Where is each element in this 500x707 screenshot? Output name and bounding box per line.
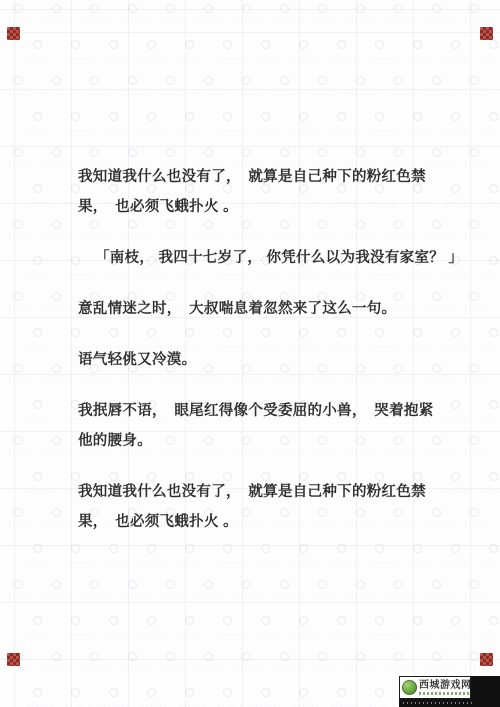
watermark-stamp-icon	[128, 4, 137, 13]
watermark-dash: ------	[217, 57, 244, 62]
watermark-dash: ------	[236, 93, 263, 98]
watermark-stamp-icon	[451, 400, 460, 409]
watermark-stamp-icon	[52, 148, 61, 157]
watermark-stamp-icon	[14, 76, 23, 85]
watermark-stamp-icon	[223, 112, 232, 121]
watermark-dash: ------	[331, 633, 358, 638]
watermark-dash: ------	[407, 561, 434, 566]
watermark-stamp-icon	[185, 112, 194, 121]
site-logo-microtext	[419, 692, 469, 695]
watermark-dash: ------	[8, 669, 35, 674]
watermark-stamp-icon	[318, 4, 327, 13]
watermark-stamp-icon	[90, 652, 99, 661]
watermark-stamp-icon	[52, 436, 61, 445]
watermark-dash: ------	[141, 129, 168, 134]
watermark-stamp-icon	[33, 184, 42, 193]
watermark-dash: ------	[8, 525, 35, 530]
watermark-stamp-icon	[166, 580, 175, 589]
watermark-stamp-icon	[52, 76, 61, 85]
watermark-dash: ------	[46, 525, 73, 530]
watermark-stamp-icon	[166, 148, 175, 157]
watermark-stamp-icon	[261, 112, 270, 121]
watermark-stamp-icon	[33, 616, 42, 625]
watermark-dash: ------	[27, 561, 54, 566]
watermark-dash: ------	[255, 57, 282, 62]
watermark-dash: ------	[407, 129, 434, 134]
watermark-dash: ------	[236, 21, 263, 26]
watermark-dash: ------	[198, 597, 225, 602]
watermark-dash: ------	[27, 345, 54, 350]
watermark-stamp-icon	[280, 580, 289, 589]
site-logo-text: 西城游戏网	[419, 680, 468, 695]
paragraph: 「南枝， 我四十七岁了， 你凭什么以为我没有家室？ 」	[78, 243, 438, 273]
watermark-stamp-icon	[71, 616, 80, 625]
watermark-dash: ------	[445, 417, 472, 422]
watermark-stamp-icon	[52, 220, 61, 229]
watermark-stamp-icon	[413, 112, 422, 121]
watermark-dash: ------	[122, 597, 149, 602]
watermark-dash: ------	[141, 633, 168, 638]
paragraph: 语气轻佻又冷漠。	[78, 345, 438, 375]
watermark-dash: ------	[350, 669, 377, 674]
watermark-stamp-icon	[166, 4, 175, 13]
watermark-dash: ------	[426, 21, 453, 26]
watermark-stamp-icon	[280, 76, 289, 85]
site-logo-box: 西城游戏网	[399, 676, 471, 699]
watermark-stamp-icon	[128, 580, 137, 589]
watermark-dash: ------	[8, 309, 35, 314]
watermark-stamp-icon	[489, 544, 498, 553]
watermark-dash: ------	[255, 129, 282, 134]
watermark-dash: ------	[483, 201, 500, 206]
watermark-stamp-icon	[375, 616, 384, 625]
watermark-stamp-icon	[14, 580, 23, 589]
watermark-dash: ------	[331, 129, 358, 134]
watermark-dash: ------	[141, 561, 168, 566]
watermark-dash: ------	[179, 561, 206, 566]
watermark-dash: ------	[103, 57, 130, 62]
watermark-dash: ------	[255, 633, 282, 638]
watermark-dash: ------	[293, 633, 320, 638]
text-line: 我知道我什么也没有了， 就算是自己种下的粉红色禁	[78, 162, 438, 192]
watermark-stamp-icon	[394, 4, 403, 13]
text-line: 「南枝， 我四十七岁了， 你凭什么以为我没有家室？ 」	[95, 243, 438, 273]
corner-seal-mark-top-right	[480, 27, 493, 40]
watermark-stamp-icon	[14, 364, 23, 373]
watermark-dash: ------	[483, 489, 500, 494]
watermark-dash: ------	[331, 561, 358, 566]
watermark-dash: ------	[274, 21, 301, 26]
watermark-dash: ------	[445, 57, 472, 62]
watermark-dash: ------	[46, 21, 73, 26]
watermark-stamp-icon	[33, 328, 42, 337]
watermark-dash: ------	[217, 561, 244, 566]
watermark-stamp-icon	[14, 220, 23, 229]
watermark-stamp-icon	[33, 688, 42, 697]
watermark-dash: ------	[483, 345, 500, 350]
watermark-dash: ------	[46, 453, 73, 458]
watermark-dash: ------	[27, 489, 54, 494]
watermark-stamp-icon	[71, 40, 80, 49]
watermark-stamp-icon	[299, 616, 308, 625]
watermark-dash: ------	[464, 597, 491, 602]
watermark-stamp-icon	[280, 652, 289, 661]
watermark-stamp-icon	[223, 688, 232, 697]
watermark-dash: ------	[426, 669, 453, 674]
watermark-dash: ------	[445, 489, 472, 494]
bar-micromarks	[403, 702, 473, 704]
watermark-stamp-icon	[451, 544, 460, 553]
watermark-stamp-icon	[337, 688, 346, 697]
watermark-stamp-icon	[33, 40, 42, 49]
site-logo-stamp: 西城游戏网	[399, 676, 500, 707]
watermark-dash: ------	[27, 273, 54, 278]
watermark-dash: ------	[198, 93, 225, 98]
story-text: 我知道我什么也没有了， 就算是自己种下的粉红色禁果， 也必须飞蛾扑火 。「南枝，…	[78, 162, 438, 558]
watermark-stamp-icon	[337, 40, 346, 49]
watermark-dash: ------	[293, 561, 320, 566]
watermark-dash: ------	[464, 381, 491, 386]
watermark-dash: ------	[160, 21, 187, 26]
watermark-stamp-icon	[33, 256, 42, 265]
watermark-stamp-icon	[451, 112, 460, 121]
watermark-dash: ------	[388, 597, 415, 602]
watermark-stamp-icon	[451, 40, 460, 49]
watermark-stamp-icon	[356, 4, 365, 13]
watermark-dash: ------	[312, 669, 339, 674]
watermark-stamp-icon	[14, 508, 23, 517]
watermark-dash: ------	[483, 633, 500, 638]
watermark-dash: ------	[293, 57, 320, 62]
watermark-stamp-icon	[299, 112, 308, 121]
watermark-stamp-icon	[109, 688, 118, 697]
watermark-dash: ------	[312, 597, 339, 602]
watermark-stamp-icon	[109, 112, 118, 121]
watermark-dash: ------	[464, 237, 491, 242]
watermark-stamp-icon	[470, 76, 479, 85]
watermark-dash: ------	[46, 381, 73, 386]
text-line: 我知道我什么也没有了， 就算是自己种下的粉红色禁	[78, 477, 438, 507]
watermark-stamp-icon	[451, 472, 460, 481]
watermark-dash: ------	[160, 93, 187, 98]
watermark-dash: ------	[103, 561, 130, 566]
watermark-stamp-icon	[204, 76, 213, 85]
watermark-stamp-icon	[242, 4, 251, 13]
watermark-dash: ------	[103, 633, 130, 638]
watermark-stamp-icon	[242, 148, 251, 157]
watermark-stamp-icon	[432, 148, 441, 157]
watermark-dash: ------	[483, 57, 500, 62]
watermark-dash: ------	[198, 21, 225, 26]
watermark-stamp-icon	[451, 328, 460, 337]
watermark-stamp-icon	[470, 220, 479, 229]
watermark-stamp-icon	[71, 112, 80, 121]
watermark-dash: ------	[8, 21, 35, 26]
watermark-dash: ------	[464, 669, 491, 674]
watermark-dash: ------	[464, 525, 491, 530]
watermark-dash: ------	[217, 633, 244, 638]
watermark-stamp-icon	[52, 508, 61, 517]
watermark-stamp-icon	[204, 4, 213, 13]
watermark-stamp-icon	[204, 580, 213, 589]
watermark-dash: ------	[274, 669, 301, 674]
watermark-stamp-icon	[489, 400, 498, 409]
watermark-dash: ------	[407, 57, 434, 62]
site-logo-black-box	[471, 676, 500, 699]
watermark-stamp-icon	[375, 688, 384, 697]
watermark-stamp-icon	[318, 652, 327, 661]
cabbage-leaf-icon	[402, 680, 417, 695]
watermark-dash: ------	[445, 129, 472, 134]
watermark-stamp-icon	[489, 328, 498, 337]
watermark-stamp-icon	[109, 616, 118, 625]
paragraph: 我抿唇不语， 眼尾红得像个受委屈的小兽， 哭着抱紧他的腰身。	[78, 396, 438, 456]
watermark-dash: ------	[217, 129, 244, 134]
watermark-stamp-icon	[470, 4, 479, 13]
watermark-dash: ------	[27, 633, 54, 638]
watermark-stamp-icon	[166, 76, 175, 85]
watermark-dash: ------	[369, 129, 396, 134]
watermark-stamp-icon	[52, 580, 61, 589]
watermark-dash: ------	[445, 273, 472, 278]
watermark-stamp-icon	[470, 364, 479, 373]
watermark-stamp-icon	[470, 436, 479, 445]
watermark-dash: ------	[445, 201, 472, 206]
watermark-dash: ------	[46, 237, 73, 242]
watermark-stamp-icon	[223, 40, 232, 49]
watermark-stamp-icon	[489, 40, 498, 49]
watermark-stamp-icon	[33, 472, 42, 481]
paragraph: 意乱情迷之时， 大叔喘息着忽然来了这么一句。	[78, 294, 438, 324]
watermark-dash: ------	[255, 561, 282, 566]
watermark-stamp-icon	[432, 580, 441, 589]
watermark-stamp-icon	[489, 112, 498, 121]
watermark-dash: ------	[350, 93, 377, 98]
watermark-dash: ------	[369, 57, 396, 62]
watermark-stamp-icon	[413, 616, 422, 625]
watermark-stamp-icon	[299, 40, 308, 49]
watermark-stamp-icon	[261, 616, 270, 625]
watermark-stamp-icon	[90, 148, 99, 157]
watermark-dash: ------	[8, 597, 35, 602]
watermark-dash: ------	[160, 669, 187, 674]
watermark-dash: ------	[445, 345, 472, 350]
text-line: 果， 也必须飞蛾扑火 。	[78, 507, 438, 537]
watermark-dash: ------	[8, 381, 35, 386]
watermark-dash: ------	[84, 93, 111, 98]
watermark-stamp-icon	[318, 148, 327, 157]
text-line: 他的腰身。	[78, 426, 438, 456]
text-line: 我抿唇不语， 眼尾红得像个受委屈的小兽， 哭着抱紧	[78, 396, 438, 426]
watermark-dash: ------	[8, 237, 35, 242]
watermark-stamp-icon	[147, 616, 156, 625]
watermark-stamp-icon	[356, 76, 365, 85]
watermark-dash: ------	[179, 633, 206, 638]
watermark-dash: ------	[445, 633, 472, 638]
watermark-stamp-icon	[394, 652, 403, 661]
watermark-dash: ------	[236, 597, 263, 602]
watermark-dash: ------	[65, 57, 92, 62]
watermark-stamp-icon	[470, 508, 479, 517]
watermark-dash: ------	[236, 669, 263, 674]
watermark-stamp-icon	[489, 616, 498, 625]
watermark-stamp-icon	[432, 76, 441, 85]
watermark-dash: ------	[483, 561, 500, 566]
watermark-stamp-icon	[128, 148, 137, 157]
watermark-dash: ------	[350, 21, 377, 26]
watermark-stamp-icon	[242, 652, 251, 661]
watermark-stamp-icon	[71, 688, 80, 697]
watermark-dash: ------	[65, 633, 92, 638]
watermark-dash: ------	[407, 633, 434, 638]
watermark-stamp-icon	[14, 4, 23, 13]
watermark-stamp-icon	[147, 112, 156, 121]
watermark-stamp-icon	[451, 184, 460, 193]
watermark-stamp-icon	[470, 652, 479, 661]
watermark-stamp-icon	[14, 436, 23, 445]
text-line: 意乱情迷之时， 大叔喘息着忽然来了这么一句。	[78, 294, 438, 324]
watermark-stamp-icon	[204, 652, 213, 661]
watermark-dash: ------	[122, 21, 149, 26]
watermark-stamp-icon	[242, 580, 251, 589]
watermark-dash: ------	[46, 597, 73, 602]
watermark-stamp-icon	[52, 364, 61, 373]
watermark-stamp-icon	[52, 4, 61, 13]
watermark-dash: ------	[426, 93, 453, 98]
watermark-dash: ------	[27, 201, 54, 206]
watermark-dash: ------	[27, 129, 54, 134]
paragraph: 我知道我什么也没有了， 就算是自己种下的粉红色禁果， 也必须飞蛾扑火 。	[78, 162, 438, 222]
watermark-stamp-icon	[432, 652, 441, 661]
watermark-dash: ------	[464, 453, 491, 458]
watermark-dash: ------	[369, 633, 396, 638]
watermark-dash: ------	[179, 129, 206, 134]
corner-seal-mark-bottom-right	[480, 653, 493, 666]
watermark-stamp-icon	[394, 580, 403, 589]
watermark-stamp-icon	[394, 76, 403, 85]
watermark-stamp-icon	[489, 184, 498, 193]
watermark-dash: ------	[8, 93, 35, 98]
watermark-dash: ------	[483, 273, 500, 278]
watermark-stamp-icon	[166, 652, 175, 661]
watermark-stamp-icon	[14, 292, 23, 301]
watermark-dash: ------	[122, 93, 149, 98]
watermark-dash: ------	[27, 57, 54, 62]
watermark-dash: ------	[445, 561, 472, 566]
watermark-dash: ------	[65, 561, 92, 566]
watermark-stamp-icon	[413, 40, 422, 49]
watermark-stamp-icon	[261, 40, 270, 49]
site-logo-black-bar	[399, 699, 500, 707]
corner-seal-mark-top-left	[7, 27, 20, 40]
watermark-stamp-icon	[299, 688, 308, 697]
watermark-stamp-icon	[185, 688, 194, 697]
watermark-stamp-icon	[90, 76, 99, 85]
watermark-stamp-icon	[470, 292, 479, 301]
watermark-stamp-icon	[489, 256, 498, 265]
watermark-stamp-icon	[33, 544, 42, 553]
watermark-dash: ------	[46, 669, 73, 674]
watermark-dash: ------	[464, 165, 491, 170]
watermark-dash: ------	[84, 597, 111, 602]
watermark-stamp-icon	[337, 616, 346, 625]
watermark-dash: ------	[464, 93, 491, 98]
watermark-dash: ------	[103, 129, 130, 134]
watermark-dash: ------	[84, 669, 111, 674]
watermark-stamp-icon	[128, 652, 137, 661]
watermark-dash: ------	[483, 129, 500, 134]
watermark-stamp-icon	[185, 616, 194, 625]
site-logo-title: 西城游戏网	[419, 680, 468, 691]
watermark-dash: ------	[350, 597, 377, 602]
watermark-stamp-icon	[185, 40, 194, 49]
page: { "page": { "width": 500, "height": 707,…	[0, 0, 500, 707]
watermark-stamp-icon	[204, 148, 213, 157]
watermark-stamp-icon	[394, 148, 403, 157]
watermark-dash: ------	[483, 417, 500, 422]
watermark-stamp-icon	[318, 580, 327, 589]
watermark-stamp-icon	[356, 652, 365, 661]
watermark-stamp-icon	[33, 400, 42, 409]
watermark-dash: ------	[122, 669, 149, 674]
watermark-stamp-icon	[223, 616, 232, 625]
watermark-stamp-icon	[147, 40, 156, 49]
watermark-dash: ------	[46, 309, 73, 314]
watermark-stamp-icon	[128, 76, 137, 85]
watermark-dash: ------	[331, 57, 358, 62]
watermark-stamp-icon	[432, 4, 441, 13]
watermark-stamp-icon	[90, 4, 99, 13]
watermark-stamp-icon	[52, 292, 61, 301]
watermark-stamp-icon	[470, 148, 479, 157]
watermark-dash: ------	[388, 93, 415, 98]
watermark-dash: ------	[46, 165, 73, 170]
corner-seal-mark-bottom-left	[7, 653, 20, 666]
watermark-dash: ------	[141, 57, 168, 62]
watermark-dash: ------	[388, 21, 415, 26]
watermark-stamp-icon	[109, 40, 118, 49]
watermark-stamp-icon	[375, 40, 384, 49]
watermark-dash: ------	[160, 597, 187, 602]
watermark-stamp-icon	[280, 148, 289, 157]
watermark-stamp-icon	[14, 148, 23, 157]
watermark-dash: ------	[464, 309, 491, 314]
watermark-stamp-icon	[356, 148, 365, 157]
watermark-dash: ------	[46, 93, 73, 98]
watermark-dash: ------	[464, 21, 491, 26]
watermark-dash: ------	[8, 165, 35, 170]
watermark-stamp-icon	[52, 652, 61, 661]
watermark-stamp-icon	[375, 112, 384, 121]
text-line: 果， 也必须飞蛾扑火 。	[78, 192, 438, 222]
watermark-stamp-icon	[90, 580, 99, 589]
watermark-dash: ------	[426, 597, 453, 602]
watermark-stamp-icon	[147, 688, 156, 697]
watermark-dash: ------	[274, 597, 301, 602]
watermark-dash: ------	[84, 21, 111, 26]
watermark-dash: ------	[27, 417, 54, 422]
watermark-stamp-icon	[261, 688, 270, 697]
watermark-stamp-icon	[33, 112, 42, 121]
watermark-dash: ------	[388, 669, 415, 674]
watermark-dash: ------	[179, 57, 206, 62]
watermark-stamp-icon	[356, 580, 365, 589]
watermark-stamp-icon	[318, 76, 327, 85]
watermark-dash: ------	[293, 129, 320, 134]
watermark-stamp-icon	[280, 4, 289, 13]
watermark-dash: ------	[198, 669, 225, 674]
text-line: 语气轻佻又冷漠。	[78, 345, 438, 375]
